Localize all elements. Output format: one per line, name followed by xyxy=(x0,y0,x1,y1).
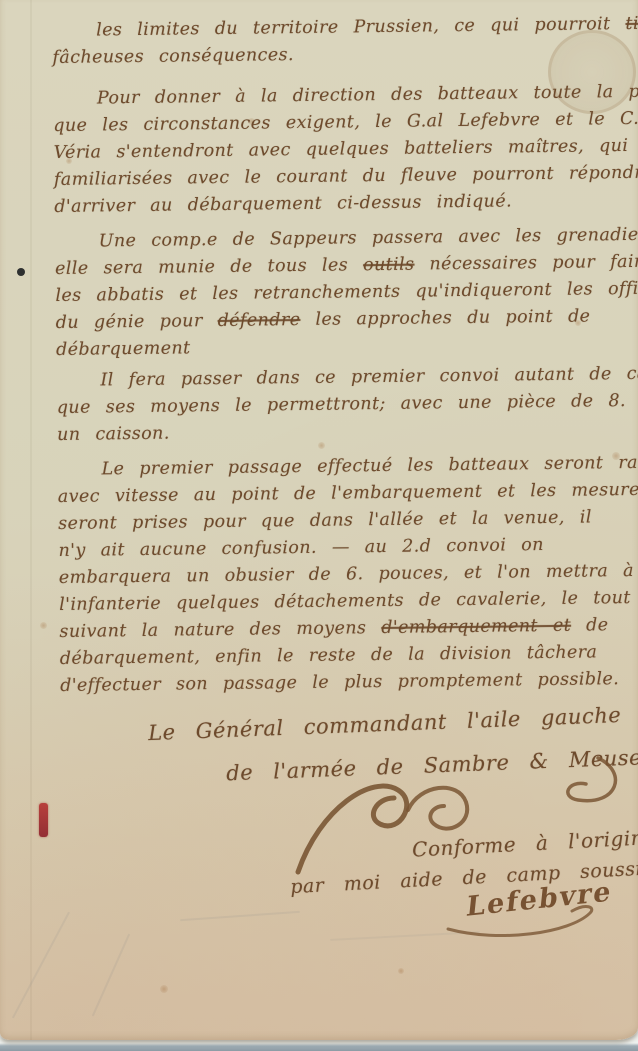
struck-word: d'embarquement et xyxy=(381,616,571,638)
ink-blot xyxy=(17,268,25,276)
foxing-spot xyxy=(160,985,168,993)
paper-crease xyxy=(30,0,32,1040)
bleed-through-mark xyxy=(180,911,300,921)
closing-line: Le Général commandant l'aile gauche xyxy=(148,703,622,745)
signature-underline-flourish xyxy=(440,895,610,940)
manuscript-line: débarquement xyxy=(56,330,638,364)
paraph-flourish xyxy=(280,768,540,878)
paper-sheet: les limites du territoire Prussien, ce q… xyxy=(0,0,638,1040)
manuscript-line: d'arriver au débarquement ci-dessus indi… xyxy=(54,187,638,221)
bleed-through-mark xyxy=(12,912,70,1019)
scanned-letter-page: les limites du territoire Prussien, ce q… xyxy=(0,0,638,1051)
foxing-spot xyxy=(398,968,404,974)
struck-word: tirer xyxy=(625,13,638,34)
kleber-signature-flourish xyxy=(540,750,638,830)
red-wax-mark xyxy=(39,803,48,837)
struck-word: outils xyxy=(363,255,415,276)
letter-paragraph: Une comp.e de Sappeurs passera avec les … xyxy=(55,222,638,364)
manuscript-line: fâcheuses conséquences. xyxy=(52,38,638,72)
letter-paragraph: les limites du territoire Prussien, ce q… xyxy=(52,11,638,72)
letter-paragraph: Il fera passer dans ce premier convoi au… xyxy=(56,361,638,449)
manuscript-line: d'effectuer son passage le plus promptem… xyxy=(60,666,638,700)
letter-paragraph: Le premier passage effectué les batteaux… xyxy=(57,450,638,700)
letter-body: les limites du territoire Prussien, ce q… xyxy=(52,11,638,700)
bleed-through-mark xyxy=(92,933,130,1016)
foxing-spot xyxy=(40,622,47,629)
struck-word: défendre xyxy=(218,310,301,331)
manuscript-line: un caisson. xyxy=(57,415,638,449)
letter-paragraph: Pour donner à la direction des batteaux … xyxy=(53,79,638,221)
